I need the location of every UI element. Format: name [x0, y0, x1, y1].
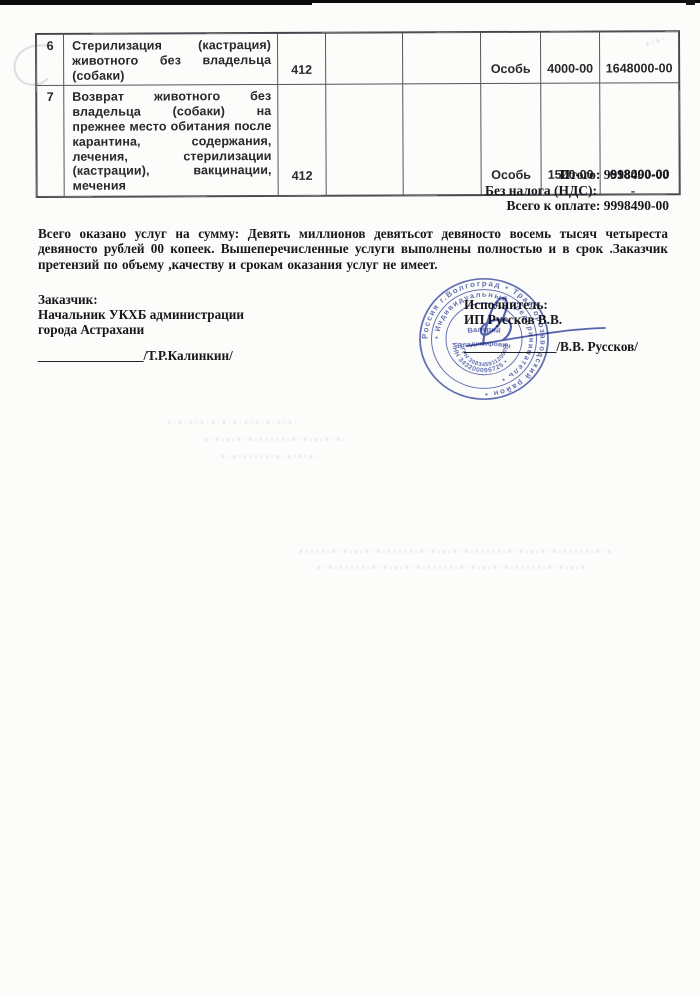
empty-cell — [403, 84, 481, 195]
customer-signature-line: ________________/Т.Р.Калинкин/ — [38, 348, 244, 363]
customer-position-line1: Начальник УКХБ администрации — [38, 307, 244, 322]
payable-value: 9998490-00 — [604, 198, 669, 213]
table-row: 6 Стерилизация (кастрация) животного без… — [37, 32, 679, 86]
quantity-cell: 412 — [278, 85, 326, 196]
totals-block: Итого: 9998490-00 Без налога (НДС):- Все… — [485, 167, 669, 214]
no-tax-label: Без налога (НДС): — [485, 183, 597, 198]
empty-cell — [326, 84, 403, 195]
empty-cell — [402, 33, 480, 85]
scan-edge-artifact — [686, 0, 695, 5]
customer-position-line2: города Астрахани — [38, 322, 244, 337]
amount-cell: 1648000-00 — [599, 32, 678, 84]
scanned-act-of-services-page: 6 Стерилизация (кастрация) животного без… — [0, 0, 700, 994]
service-description-cell: Стерилизация (кастрация) животного без в… — [64, 33, 278, 85]
total-line-itogo: Итого: 9998490-00 — [485, 167, 669, 183]
summary-paragraph: Всего оказано услуг на сумму: Девять мил… — [38, 226, 668, 272]
scan-edge-artifact — [0, 0, 312, 5]
total-line-payable: Всего к оплате: 9998490-00 — [485, 198, 669, 214]
customer-title: Заказчик: — [38, 292, 244, 307]
handwritten-signature-ink — [455, 292, 620, 354]
row-number-cell: 6 — [37, 34, 64, 86]
no-tax-value: - — [597, 183, 669, 199]
signature-underline: ________________ — [38, 348, 144, 363]
price-cell: 4000-00 — [540, 32, 599, 84]
bleed-through-smudge — [205, 438, 345, 441]
quantity-cell: 412 — [277, 33, 325, 85]
customer-signature-block: Заказчик: Начальник УКХБ администрации г… — [38, 292, 244, 363]
bleed-through-smudge — [222, 455, 318, 458]
unit-cell: Особь — [480, 32, 540, 84]
row-number-cell: 7 — [37, 86, 64, 197]
customer-name: /Т.Р.Калинкин/ — [144, 348, 233, 363]
bleed-through-smudge — [168, 421, 300, 424]
bleed-through-smudge — [318, 566, 586, 569]
empty-cell — [325, 33, 402, 85]
total-line-no-tax: Без налога (НДС):- — [485, 183, 669, 199]
itogo-label: Итого: — [560, 167, 601, 182]
payable-label: Всего к оплате: — [507, 198, 601, 213]
bleed-through-smudge — [300, 550, 612, 553]
itogo-value: 9998490-00 — [604, 167, 669, 182]
service-description-cell: Возврат животного без владельца (собаки)… — [64, 85, 278, 197]
